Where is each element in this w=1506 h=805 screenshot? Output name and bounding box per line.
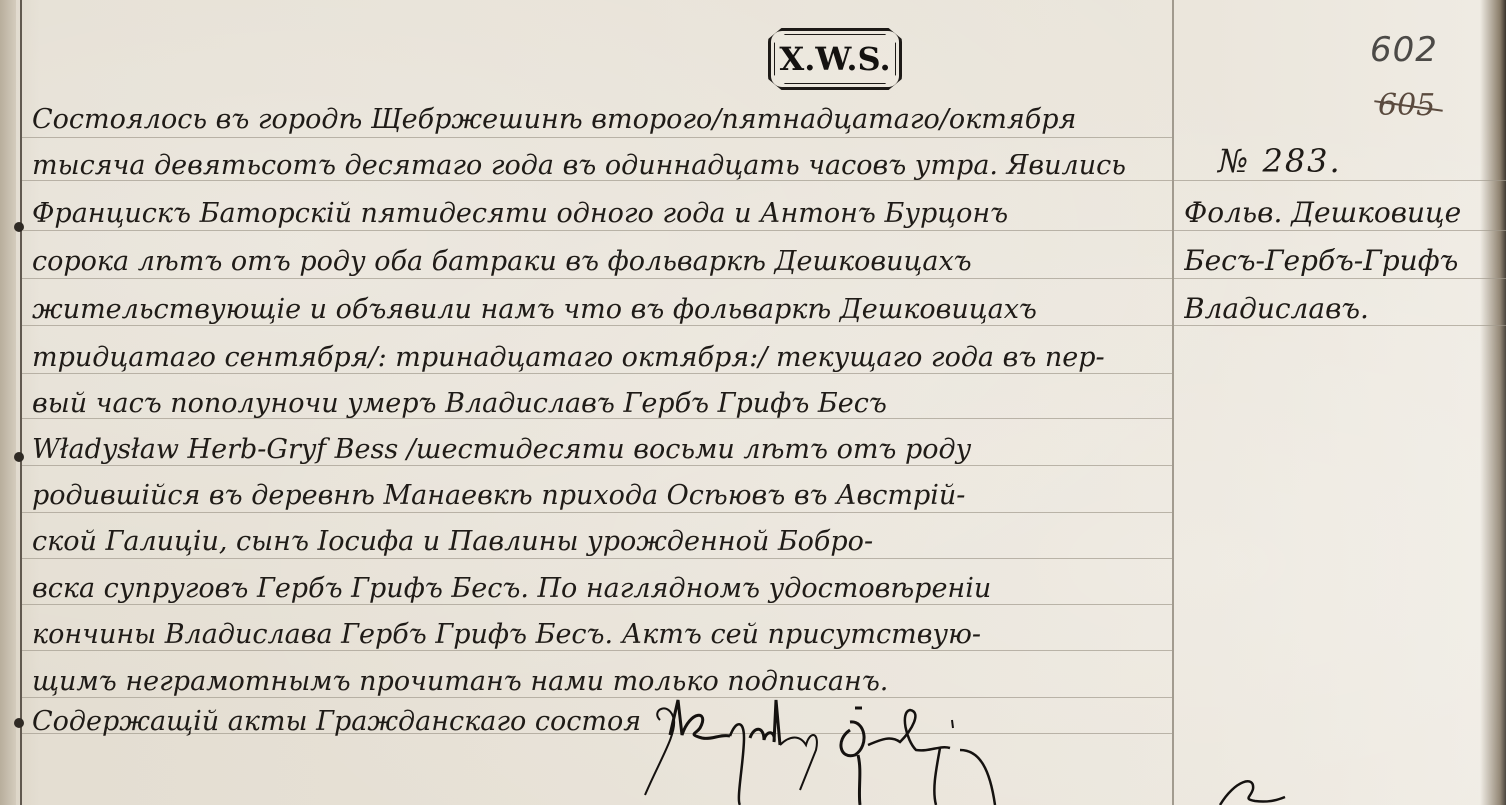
margin-note-line: Фольв. Дешковице [1184, 196, 1484, 229]
body-line: Состоялось въ городѣ Щебржешинѣ второго/… [32, 104, 1172, 135]
record-number: № 283. [1218, 142, 1342, 180]
body-line: ской Галиціи, сынъ Іосифа и Павлины урож… [32, 526, 1172, 557]
book-spine [0, 0, 16, 805]
stamp-text: X.W.S. [779, 40, 890, 78]
body-line: сорока лѣтъ отъ роду оба батраки въ фоль… [32, 246, 1172, 277]
ruled-line [22, 137, 1172, 138]
ruled-line [22, 325, 1506, 326]
ruled-line [22, 558, 1172, 559]
body-line: вска супруговъ Гербъ Грифъ Бесъ. По нагл… [32, 573, 1172, 604]
body-line: родившійся въ деревнѣ Манаевкѣ прихода О… [32, 480, 1172, 511]
ruled-line [22, 465, 1172, 466]
ruled-line [22, 230, 1506, 231]
body-line: тысяча девятьсотъ десятаго года въ одинн… [32, 150, 1172, 181]
body-line: кончины Владислава Гербъ Грифъ Бесъ. Акт… [32, 619, 1172, 650]
struck-page-number: 605 [1378, 88, 1435, 123]
body-line: Содержащій акты Гражданскаго состоянія. [32, 706, 642, 737]
ledger-page: X.W.S. 602 605 № 283. Фольв. Дешковице Б… [0, 0, 1506, 805]
margin-note-line: Владиславъ. [1184, 292, 1484, 325]
ruled-line [22, 604, 1172, 605]
margin-note-line: Бесъ-Гербъ-Грифъ [1184, 244, 1484, 277]
body-line: Władysław Herb-Gryf Bess /шестидесяти во… [32, 434, 1172, 465]
binding-stitch [14, 718, 24, 728]
margin-column-rule [1172, 0, 1174, 805]
body-line: вый часъ пополуночи умеръ Владиславъ Гер… [32, 388, 1172, 419]
binding-stitch [14, 452, 24, 462]
registrar-signature [640, 690, 1060, 805]
body-line: тридцатаго сентября/: тринадцатаго октяб… [32, 342, 1172, 373]
partial-signature [1215, 775, 1335, 805]
archive-stamp: X.W.S. [768, 28, 902, 90]
ruled-line [22, 278, 1506, 279]
ruled-line [22, 373, 1172, 374]
body-line: Францискъ Баторскій пятидесяти одного го… [32, 198, 1172, 229]
ruled-line [22, 512, 1172, 513]
body-line: жительствующіе и объявили намъ что въ фо… [32, 294, 1172, 325]
ruled-line [22, 650, 1172, 651]
left-margin-rule [20, 0, 22, 805]
page-number: 602 [1370, 30, 1438, 70]
